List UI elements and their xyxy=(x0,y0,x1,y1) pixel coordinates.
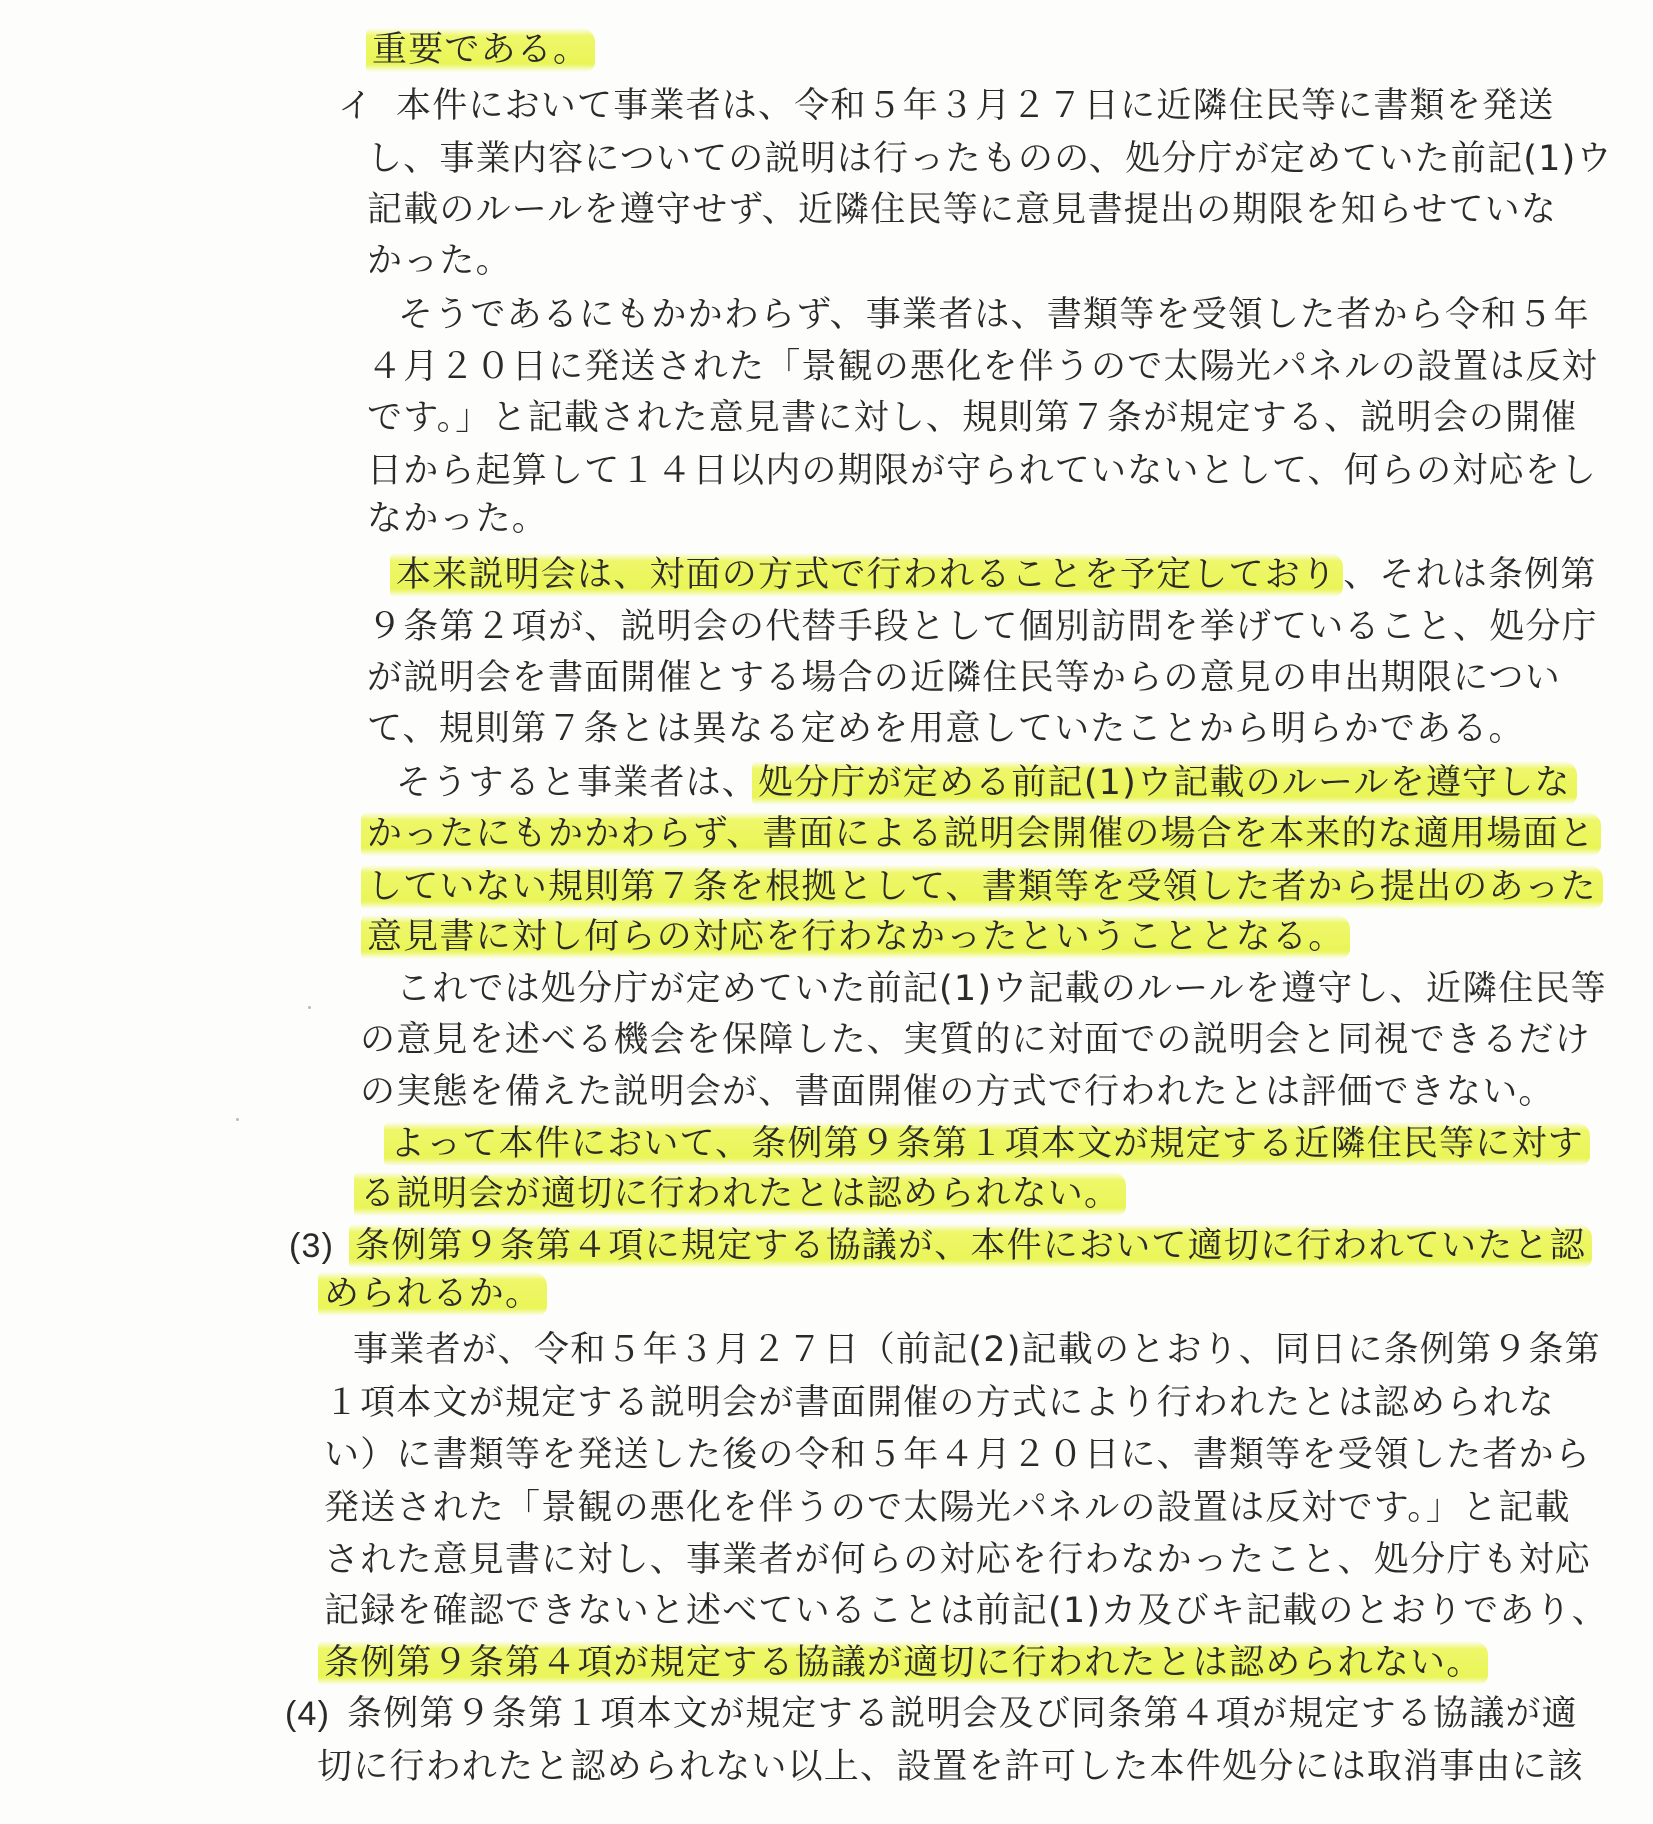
text-line: かったにもかかわらず、書面による説明会開催の場合を本来的な適用場面と xyxy=(367,812,1601,856)
text-line: が説明会を書面開催とする場合の近隣住民等からの意見の申出期限につい xyxy=(367,656,1561,700)
document-page: 重要である。 イ 本件において事業者は、令和５年３月２７日に近隣住民等に書類を発… xyxy=(0,0,1653,1824)
text-line: し、事業内容についての説明は行ったものの、処分庁が定めていた前記(1)ウ xyxy=(367,137,1613,181)
text-line: る説明会が適切に行われたとは認められない。 xyxy=(360,1172,1126,1216)
text-line: められるか。 xyxy=(324,1272,547,1316)
text-segment: かった。 xyxy=(367,241,512,281)
text-line: 日から起算して１４日以内の期限が守られていないとして、何らの対応をし xyxy=(367,449,1597,493)
text-line: された意見書に対し、事業者が何らの対応を行わなかったこと、処分庁も対応 xyxy=(324,1538,1591,1582)
highlighted-text: 処分庁が定める前記(1)ウ記載のルールを遵守しな xyxy=(752,761,1577,805)
text-segment: そうであるにもかかわらず、事業者は、書類等を受領した者から令和５年 xyxy=(398,295,1590,335)
item-i-line: イ xyxy=(338,84,373,128)
text-line: 本来説明会は、対面の方式で行われることを予定しており、それは条例第 xyxy=(396,553,1597,597)
text-segment: です。」と記載された意見書に対し、規則第７条が規定する、説明会の開催 xyxy=(367,398,1578,438)
text-line: 意見書に対し何らの対応を行わなかったということとなる。 xyxy=(367,915,1350,959)
text-line: です。」と記載された意見書に対し、規則第７条が規定する、説明会の開催 xyxy=(367,396,1578,440)
section-4-heading: (4) xyxy=(285,1692,330,1736)
text-line: ９条第２項が、説明会の代替手段として個別訪問を挙げていること、処分庁 xyxy=(367,605,1598,649)
scan-speck xyxy=(236,1118,239,1121)
highlighted-text: よって本件において、条例第９条第１項本文が規定する近隣住民等に対す xyxy=(384,1122,1590,1166)
text-line: なかった。 xyxy=(367,497,548,541)
text-line: 記録を確認できないと述べていることは前記(1)カ及びキ記載のとおりであり、 xyxy=(324,1589,1608,1633)
section-3-heading: (3) xyxy=(289,1224,334,1268)
scan-speck xyxy=(308,1006,311,1009)
highlighted-text: る説明会が適切に行われたとは認められない。 xyxy=(354,1172,1126,1216)
text-line: ４月２０日に発送された「景観の悪化を伴うので太陽光パネルの設置は反対 xyxy=(367,345,1598,389)
text-line: い）に書類等を発送した後の令和５年４月２０日に、書類等を受領した者から xyxy=(324,1433,1591,1477)
text-line: 本件において事業者は、令和５年３月２７日に近隣住民等に書類を発送 xyxy=(396,84,1554,128)
text-line: 条例第９条第１項本文が規定する説明会及び同条第４項が規定する協議が適 xyxy=(347,1692,1578,1736)
section-marker-3: (3) xyxy=(289,1227,334,1265)
text-segment: 日から起算して１４日以内の期限が守られていないとして、何らの対応をし xyxy=(367,451,1597,491)
text-segment: そうすると事業者は、 xyxy=(396,763,758,803)
text-line: よって本件において、条例第９条第１項本文が規定する近隣住民等に対す xyxy=(390,1122,1590,1166)
text-segment: これでは処分庁が定めていた前記(1)ウ記載のルールを遵守し、近隣住民等 xyxy=(396,969,1607,1009)
highlighted-text: 条例第９条第４項が規定する協議が適切に行われたとは認められない。 xyxy=(318,1641,1488,1685)
highlighted-text: していない規則第７条を根拠として、書類等を受領した者から提出のあった xyxy=(361,865,1603,909)
text-line: 事業者が、令和５年３月２７日（前記(2)記載のとおり、同日に条例第９条第 xyxy=(353,1328,1601,1372)
text-line: そうすると事業者は、処分庁が定める前記(1)ウ記載のルールを遵守しな xyxy=(396,761,1577,805)
text-segment: 発送された「景観の悪化を伴うので太陽光パネルの設置は反対です。」と記載 xyxy=(324,1488,1571,1528)
text-segment: ９条第２項が、説明会の代替手段として個別訪問を挙げていること、処分庁 xyxy=(367,607,1598,647)
text-line: １項本文が規定する説明会が書面開催の方式により行われたとは認められな xyxy=(324,1381,1555,1425)
text-segment: された意見書に対し、事業者が何らの対応を行わなかったこと、処分庁も対応 xyxy=(324,1540,1591,1580)
highlighted-text: かったにもかかわらず、書面による説明会開催の場合を本来的な適用場面と xyxy=(361,812,1601,856)
highlighted-text: められるか。 xyxy=(318,1272,547,1316)
text-segment: 記載のルールを遵守せず、近隣住民等に意見書提出の期限を知らせていな xyxy=(367,190,1557,230)
text-segment: なかった。 xyxy=(367,499,548,539)
text-line: の実態を備えた説明会が、書面開催の方式で行われたとは評価できない。 xyxy=(360,1070,1555,1114)
text-line: て、規則第７条とは異なる定めを用意していたことから明らかである。 xyxy=(367,707,1525,751)
text-line: 記載のルールを遵守せず、近隣住民等に意見書提出の期限を知らせていな xyxy=(367,188,1557,232)
text-segment: 、それは条例第 xyxy=(1343,555,1596,595)
scan-speck xyxy=(1490,300,1493,303)
text-line: これでは処分庁が定めていた前記(1)ウ記載のルールを遵守し、近隣住民等 xyxy=(396,967,1607,1011)
item-marker-i: イ xyxy=(338,87,373,125)
text-segment: 記録を確認できないと述べていることは前記(1)カ及びキ記載のとおりであり、 xyxy=(324,1591,1608,1631)
text-segment: 本件において事業者は、令和５年３月２７日に近隣住民等に書類を発送 xyxy=(396,86,1554,126)
text-line: していない規則第７条を根拠として、書類等を受領した者から提出のあった xyxy=(367,865,1603,909)
text-line: 重要である。 xyxy=(372,28,595,72)
text-segment: 条例第９条第１項本文が規定する説明会及び同条第４項が規定する協議が適 xyxy=(347,1694,1578,1734)
text-line: かった。 xyxy=(367,239,512,283)
text-segment: ４月２０日に発送された「景観の悪化を伴うので太陽光パネルの設置は反対 xyxy=(367,347,1598,387)
text-line: 発送された「景観の悪化を伴うので太陽光パネルの設置は反対です。」と記載 xyxy=(324,1486,1571,1530)
section-marker-4: (4) xyxy=(285,1695,330,1733)
text-segment: 切に行われたと認められない以上、設置を許可した本件処分には取消事由に該 xyxy=(317,1747,1584,1787)
highlighted-text: 意見書に対し何らの対応を行わなかったということとなる。 xyxy=(361,915,1350,959)
text-line: 条例第９条第４項が規定する協議が適切に行われたとは認められない。 xyxy=(324,1641,1488,1685)
text-line: そうであるにもかかわらず、事業者は、書類等を受領した者から令和５年 xyxy=(398,293,1590,337)
highlighted-text: 条例第９条第４項に規定する協議が、本件において適切に行われていたと認 xyxy=(349,1224,1592,1268)
highlighted-text: 重要である。 xyxy=(366,28,595,72)
text-line: 切に行われたと認められない以上、設置を許可した本件処分には取消事由に該 xyxy=(317,1745,1584,1789)
text-line: 条例第９条第４項に規定する協議が、本件において適切に行われていたと認 xyxy=(355,1224,1592,1268)
text-segment: い）に書類等を発送した後の令和５年４月２０日に、書類等を受領した者から xyxy=(324,1435,1591,1475)
text-segment: の実態を備えた説明会が、書面開催の方式で行われたとは評価できない。 xyxy=(360,1072,1555,1112)
text-segment: の意見を述べる機会を保障した、実質的に対面での説明会と同視できるだけ xyxy=(360,1020,1591,1060)
text-line: の意見を述べる機会を保障した、実質的に対面での説明会と同視できるだけ xyxy=(360,1018,1591,1062)
text-segment: し、事業内容についての説明は行ったものの、処分庁が定めていた前記(1)ウ xyxy=(367,139,1613,179)
text-segment: が説明会を書面開催とする場合の近隣住民等からの意見の申出期限につい xyxy=(367,658,1561,698)
text-segment: 事業者が、令和５年３月２７日（前記(2)記載のとおり、同日に条例第９条第 xyxy=(353,1330,1601,1370)
text-segment: て、規則第７条とは異なる定めを用意していたことから明らかである。 xyxy=(367,709,1525,749)
text-segment: １項本文が規定する説明会が書面開催の方式により行われたとは認められな xyxy=(324,1383,1555,1423)
highlighted-text: 本来説明会は、対面の方式で行われることを予定しており xyxy=(390,553,1343,597)
